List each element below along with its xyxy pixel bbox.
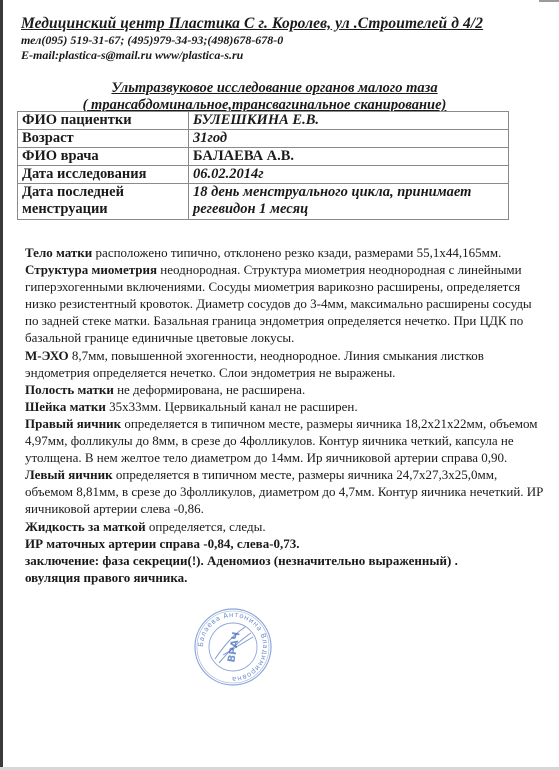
title-line-1: Ультразвуковое исследование органов мало…: [0, 80, 559, 97]
finding-cervix: Шейка матки 35х33мм. Цервикальный канал …: [25, 398, 545, 415]
finding-heading: Жидкость за маткой: [25, 519, 146, 534]
letterhead: Медицинский центр Пластика С г. Королев,…: [21, 14, 483, 63]
finding-text: расположено типично, отклонено резко кза…: [92, 245, 501, 260]
table-row: Дата исследования 06.02.2014г: [18, 166, 509, 184]
patient-age: 31год: [189, 130, 509, 148]
row-label: Дата последней менструации: [18, 184, 189, 220]
doctor-name: БАЛАЕВА А.В.: [189, 148, 509, 166]
scan-edge: [0, 0, 3, 770]
patient-info-table: ФИО пациентки БУЛЕШКИНА Е.В. Возраст 31г…: [17, 111, 509, 220]
conclusion-line: овуляция правого яичника.: [25, 569, 545, 586]
finding-text: определяется, следы.: [146, 519, 266, 534]
row-label: Возраст: [18, 130, 189, 148]
finding-ri-uterine: ИР маточных артерии справа -0,84, слева-…: [25, 535, 545, 552]
scan-edge: [539, 0, 559, 2]
clinic-phones: тел(095) 519-31-67; (495)979-34-93;(498)…: [21, 33, 483, 48]
last-menstruation: 18 день менструального цикла, принимает …: [189, 184, 509, 220]
finding-uterus-body: Тело матки расположено типично, отклонен…: [25, 244, 545, 261]
stamp-seal-icon: Балаева Антонина Владимировна ВРАЧ: [193, 607, 273, 687]
clinic-name: Медицинский центр Пластика С г. Королев,…: [21, 14, 483, 33]
finding-heading: М-ЭХО: [25, 348, 69, 363]
finding-heading: Полость матки: [25, 382, 114, 397]
finding-heading: Левый яичник: [25, 467, 113, 482]
value-line: 18 день менструального цикла, принимает: [193, 184, 504, 201]
finding-text: 35х33мм. Цервикальный канал не расширен.: [106, 399, 358, 414]
patient-name: БУЛЕШКИНА Е.В.: [189, 112, 509, 130]
finding-right-ovary: Правый яичник определяется в типичном ме…: [25, 415, 545, 466]
finding-heading: Структура миометрия: [25, 262, 157, 277]
row-label: ФИО врача: [18, 148, 189, 166]
exam-date: 06.02.2014г: [189, 166, 509, 184]
conclusion-line: заключение: фаза секреции(!). Аденомиоз …: [25, 552, 545, 569]
row-label-line: менструации: [22, 201, 184, 218]
finding-uterine-cavity: Полость матки не деформирована, не расши…: [25, 381, 545, 398]
value-line: регевидон 1 месяц: [193, 201, 504, 218]
findings: Тело матки расположено типично, отклонен…: [25, 244, 545, 586]
finding-text: не деформирована, не расширена.: [114, 382, 305, 397]
table-row: ФИО пациентки БУЛЕШКИНА Е.В.: [18, 112, 509, 130]
doctor-stamp: Балаева Антонина Владимировна ВРАЧ: [193, 607, 273, 687]
finding-heading: Шейка матки: [25, 399, 106, 414]
document-title: Ультразвуковое исследование органов мало…: [0, 80, 559, 114]
table-row: Дата последней менструации 18 день менст…: [18, 184, 509, 220]
finding-myometrium: Структура миометрия неоднородная. Структ…: [25, 261, 545, 346]
row-label: ФИО пациентки: [18, 112, 189, 130]
finding-heading: Тело матки: [25, 245, 92, 260]
table-row: Возраст 31год: [18, 130, 509, 148]
finding-left-ovary: Левый яичник определяется в типичном мес…: [25, 466, 545, 517]
finding-text: 8,7мм, повышенной эхогенности, неоднород…: [25, 348, 484, 380]
clinic-email-web: E-mail:plastica-s@mail.ru www/plastica-s…: [21, 48, 483, 63]
finding-m-echo: М-ЭХО 8,7мм, повышенной эхогенности, нео…: [25, 347, 545, 381]
finding-heading: Правый яичник: [25, 416, 121, 431]
row-label-line: Дата последней: [22, 184, 184, 201]
table-row: ФИО врача БАЛАЕВА А.В.: [18, 148, 509, 166]
row-label: Дата исследования: [18, 166, 189, 184]
finding-fluid: Жидкость за маткой определяется, следы.: [25, 518, 545, 535]
